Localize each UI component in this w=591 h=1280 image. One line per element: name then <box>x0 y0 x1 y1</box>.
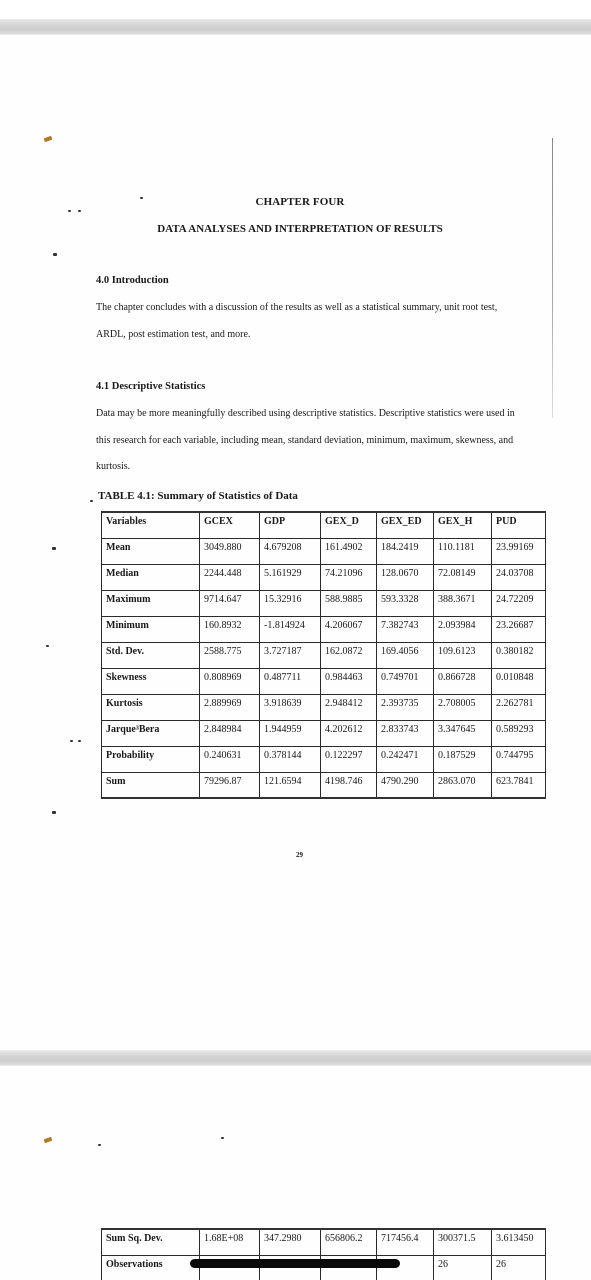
row-label: Jarque³Bera <box>102 720 200 746</box>
table-cell: 1.68E+08 <box>200 1229 260 1255</box>
table-cell: 5.161929 <box>260 564 321 590</box>
table-cell: 347.2980 <box>260 1229 321 1255</box>
table-cell: 656806.2 <box>321 1229 377 1255</box>
table-row: Sum Sq. Dev.1.68E+08347.2980656806.27174… <box>102 1229 546 1255</box>
table-cell: 0.380182 <box>492 642 546 668</box>
table-cell: 4.202612 <box>321 720 377 746</box>
table-cell: 7.382743 <box>377 616 434 642</box>
table-cell: 593.3328 <box>377 590 434 616</box>
table-cell: 79296.87 <box>200 772 260 798</box>
table-cell: 388.3671 <box>434 590 492 616</box>
row-label: Probability <box>102 746 200 772</box>
intro-heading: 4.0 Introduction <box>96 275 169 286</box>
table-cell: 26 <box>434 1255 492 1280</box>
row-label: Maximum <box>102 590 200 616</box>
table-cell: 2.708005 <box>434 694 492 720</box>
redaction-mark <box>190 1259 400 1268</box>
table-cell: 0.010848 <box>492 668 546 694</box>
header-cell: GEX_D <box>321 512 377 538</box>
scan-speck <box>53 253 57 256</box>
table-body: Mean3049.8804.679208161.4902184.2419110.… <box>102 538 546 798</box>
table-row: Maximum9714.64715.32916588.9885593.33283… <box>102 590 546 616</box>
table-cell: 3.613450 <box>492 1229 546 1255</box>
table-cell: 0.984463 <box>321 668 377 694</box>
table-row: Median2244.4485.16192974.21096128.067072… <box>102 564 546 590</box>
header-cell: GDP <box>260 512 321 538</box>
table-cell: 0.744795 <box>492 746 546 772</box>
table-cell: 4.679208 <box>260 538 321 564</box>
table-cell: 2.889969 <box>200 694 260 720</box>
table-cell: 2.948412 <box>321 694 377 720</box>
header-cell: Variables <box>102 512 200 538</box>
row-label: Minimum <box>102 616 200 642</box>
summary-statistics-table: Variables GCEX GDP GEX_D GEX_ED GEX_H PU… <box>101 511 546 799</box>
table-cell: 2.093984 <box>434 616 492 642</box>
table-cell: 588.9885 <box>321 590 377 616</box>
table-cell: 74.21096 <box>321 564 377 590</box>
table-cell: 4790.290 <box>377 772 434 798</box>
table-cell: 169.4056 <box>377 642 434 668</box>
page-separator-bottom <box>0 1050 591 1066</box>
table-cell: 0.378144 <box>260 746 321 772</box>
table-header-row: Variables GCEX GDP GEX_D GEX_ED GEX_H PU… <box>102 512 546 538</box>
page-separator-top <box>0 19 591 35</box>
table-cell: 4.206067 <box>321 616 377 642</box>
table-cell: 0.187529 <box>434 746 492 772</box>
table-cell: 3.347645 <box>434 720 492 746</box>
header-cell: GEX_H <box>434 512 492 538</box>
document-page-1: CHAPTER FOUR DATA ANALYSES AND INTERPRET… <box>0 35 591 1050</box>
scan-speck <box>140 197 143 199</box>
table-body-continued: Sum Sq. Dev.1.68E+08347.2980656806.27174… <box>102 1229 546 1280</box>
table-cell: 24.72209 <box>492 590 546 616</box>
table-row: Std. Dev.2588.7753.727187162.0872169.405… <box>102 642 546 668</box>
table-row: Minimum160.8932-1.8149244.2060677.382743… <box>102 616 546 642</box>
table-row: Kurtosis2.8899693.9186392.9484122.393735… <box>102 694 546 720</box>
table-cell: 2244.448 <box>200 564 260 590</box>
table-cell: 0.866728 <box>434 668 492 694</box>
row-label: Mean <box>102 538 200 564</box>
row-label: Sum Sq. Dev. <box>102 1229 200 1255</box>
table-cell: 2588.775 <box>200 642 260 668</box>
table-cell: 121.6594 <box>260 772 321 798</box>
scan-speck <box>221 1137 224 1139</box>
summary-statistics-table-continued: Sum Sq. Dev.1.68E+08347.2980656806.27174… <box>101 1228 546 1280</box>
table-cell: 0.487711 <box>260 668 321 694</box>
page-number: 29 <box>296 851 303 859</box>
table-caption: TABLE 4.1: Summary of Statistics of Data <box>98 490 298 502</box>
descriptive-stats-paragraph: Data may be more meaningfully described … <box>96 401 516 481</box>
table-row: Probability0.2406310.3781440.1222970.242… <box>102 746 546 772</box>
table-row: Skewness0.8089690.4877110.9844630.749701… <box>102 668 546 694</box>
table-cell: 26 <box>492 1255 546 1280</box>
scan-speck <box>70 740 73 742</box>
table-cell: 160.8932 <box>200 616 260 642</box>
table-cell: 110.1181 <box>434 538 492 564</box>
chapter-label: CHAPTER FOUR <box>0 196 591 208</box>
table-cell: 15.32916 <box>260 590 321 616</box>
table-cell: 2.262781 <box>492 694 546 720</box>
row-label: Std. Dev. <box>102 642 200 668</box>
table-cell: 3049.880 <box>200 538 260 564</box>
table-cell: 0.122297 <box>321 746 377 772</box>
table-cell: 3.727187 <box>260 642 321 668</box>
scan-corner-mark <box>44 1137 53 1143</box>
descriptive-stats-heading: 4.1 Descriptive Statistics <box>96 381 205 392</box>
header-cell: GEX_ED <box>377 512 434 538</box>
table-cell: 9714.647 <box>200 590 260 616</box>
scan-speck <box>46 645 49 647</box>
row-label: Observations <box>102 1255 200 1280</box>
table-cell: 1.944959 <box>260 720 321 746</box>
table-cell: 3.918639 <box>260 694 321 720</box>
table-cell: 4198.746 <box>321 772 377 798</box>
table-row: Sum79296.87121.65944198.7464790.2902863.… <box>102 772 546 798</box>
row-label: Sum <box>102 772 200 798</box>
intro-paragraph: The chapter concludes with a discussion … <box>96 295 516 348</box>
row-label: Skewness <box>102 668 200 694</box>
table-cell: 184.2419 <box>377 538 434 564</box>
table-cell: 0.242471 <box>377 746 434 772</box>
table-cell: 2.848984 <box>200 720 260 746</box>
header-cell: GCEX <box>200 512 260 538</box>
row-label: Kurtosis <box>102 694 200 720</box>
table-cell: 161.4902 <box>321 538 377 564</box>
table-row: Jarque³Bera2.8489841.9449594.2026122.833… <box>102 720 546 746</box>
table-cell: 0.749701 <box>377 668 434 694</box>
scan-speck <box>98 1144 101 1146</box>
table-cell: 2863.070 <box>434 772 492 798</box>
table-cell: 717456.4 <box>377 1229 434 1255</box>
table-cell: 0.808969 <box>200 668 260 694</box>
scan-speck <box>52 547 56 550</box>
scan-speck <box>68 210 71 212</box>
table-cell: 0.240631 <box>200 746 260 772</box>
table-cell: 23.99169 <box>492 538 546 564</box>
scan-speck <box>78 210 81 212</box>
table-cell: -1.814924 <box>260 616 321 642</box>
table-cell: 128.0670 <box>377 564 434 590</box>
row-label: Median <box>102 564 200 590</box>
table-cell: 24.03708 <box>492 564 546 590</box>
scan-corner-mark <box>44 136 53 142</box>
table-row: Mean3049.8804.679208161.4902184.2419110.… <box>102 538 546 564</box>
table-cell: 2.833743 <box>377 720 434 746</box>
header-cell: PUD <box>492 512 546 538</box>
table-cell: 300371.5 <box>434 1229 492 1255</box>
scan-speck <box>78 740 81 742</box>
scan-speck <box>52 811 56 814</box>
table-cell: 109.6123 <box>434 642 492 668</box>
document-page-2: Sum Sq. Dev.1.68E+08347.2980656806.27174… <box>0 1066 591 1280</box>
table-cell: 623.7841 <box>492 772 546 798</box>
chapter-title: DATA ANALYSES AND INTERPRETATION OF RESU… <box>0 223 591 235</box>
table-cell: 23.26687 <box>492 616 546 642</box>
scan-speck <box>90 500 93 502</box>
table-cell: 0.589293 <box>492 720 546 746</box>
table-cell: 2.393735 <box>377 694 434 720</box>
page-edge-line <box>552 138 553 418</box>
table-cell: 162.0872 <box>321 642 377 668</box>
table-cell: 72.08149 <box>434 564 492 590</box>
